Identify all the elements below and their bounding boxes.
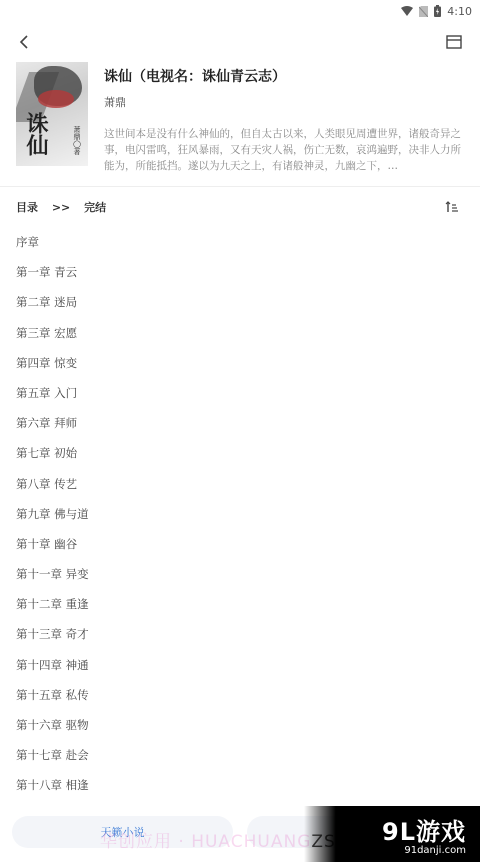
book-meta: 诛仙（电视名：诛仙青云志） 萧鼎 这世间本是没有什么神仙的，但自太古以来，人类眼… — [104, 62, 464, 174]
bookshelf-icon — [446, 35, 462, 49]
catalog-label: 目录 — [16, 201, 38, 214]
chapter-item[interactable]: 序章 — [0, 227, 480, 257]
chapter-item[interactable]: 第十章 幽谷 — [0, 529, 480, 559]
no-sim-icon — [419, 6, 428, 17]
breadcrumb: 目录 >> 完结 — [16, 199, 116, 215]
sort-button[interactable] — [440, 195, 464, 219]
bookshelf-button[interactable] — [442, 30, 466, 54]
chapter-item[interactable]: 第十七章 赴会 — [0, 740, 480, 770]
breadcrumb-separator: >> — [52, 201, 70, 214]
chapter-item[interactable]: 第八章 传艺 — [0, 469, 480, 499]
chapter-item[interactable]: 第五章 入门 — [0, 378, 480, 408]
back-button[interactable] — [12, 30, 36, 54]
chapter-item[interactable]: 第十八章 相逢 — [0, 770, 480, 800]
chapter-item[interactable]: 第十四章 神通 — [0, 650, 480, 680]
chevron-left-icon — [18, 34, 30, 50]
sort-ascending-icon — [445, 201, 459, 213]
book-title: 诛仙（电视名：诛仙青云志） — [104, 66, 464, 86]
chapter-item[interactable]: 第一章 青云 — [0, 257, 480, 287]
watermark-logo-text: 9L游戏 — [382, 812, 466, 847]
clock: 4:10 — [447, 5, 472, 18]
book-author[interactable]: 萧鼎 — [104, 94, 464, 110]
status-badge: 完结 — [84, 201, 106, 214]
chapter-item[interactable]: 第九章 佛与道 — [0, 499, 480, 529]
battery-icon — [434, 5, 441, 17]
status-bar: 4:10 — [0, 0, 480, 22]
wifi-icon — [401, 6, 413, 16]
chapter-item[interactable]: 第十三章 奇才 — [0, 619, 480, 649]
cover-art-accent — [38, 90, 74, 108]
chapter-item[interactable]: 第十六章 驱物 — [0, 710, 480, 740]
chapter-list: 序章 第一章 青云 第二章 迷局 第三章 宏愿 第四章 惊变 第五章 入门 第六… — [0, 227, 480, 801]
chapter-item[interactable]: 第四章 惊变 — [0, 348, 480, 378]
book-info: 诛仙 萧鼎◯著 诛仙（电视名：诛仙青云志） 萧鼎 这世间本是没有什么神仙的，但自… — [0, 62, 480, 174]
book-description: 这世间本是没有什么神仙的，但自太古以来，人类眼见周遭世界，诸般奇异之事，电闪雷鸣… — [104, 126, 464, 174]
toolbar — [0, 22, 480, 62]
chapter-item[interactable]: 第十一章 异变 — [0, 559, 480, 589]
cover-author: 萧鼎◯著 — [72, 126, 82, 155]
cover-title: 诛仙 — [24, 112, 48, 156]
chapter-item[interactable]: 第十五章 私传 — [0, 680, 480, 710]
watermark-logo-url: 91danji.com — [404, 845, 466, 856]
watermark-logo: 9L游戏 91danji.com — [304, 806, 480, 862]
chapter-item[interactable]: 第二章 迷局 — [0, 287, 480, 317]
catalog-header: 目录 >> 完结 — [0, 187, 480, 227]
chapter-item[interactable]: 第三章 宏愿 — [0, 318, 480, 348]
watermark-overlay-text: 华创应用 · HUACHUANG — [100, 832, 311, 852]
chapter-item[interactable]: 第六章 拜师 — [0, 408, 480, 438]
chapter-item[interactable]: 第七章 初始 — [0, 438, 480, 468]
book-cover: 诛仙 萧鼎◯著 — [16, 62, 88, 166]
chapter-item[interactable]: 第十二章 重逢 — [0, 589, 480, 619]
